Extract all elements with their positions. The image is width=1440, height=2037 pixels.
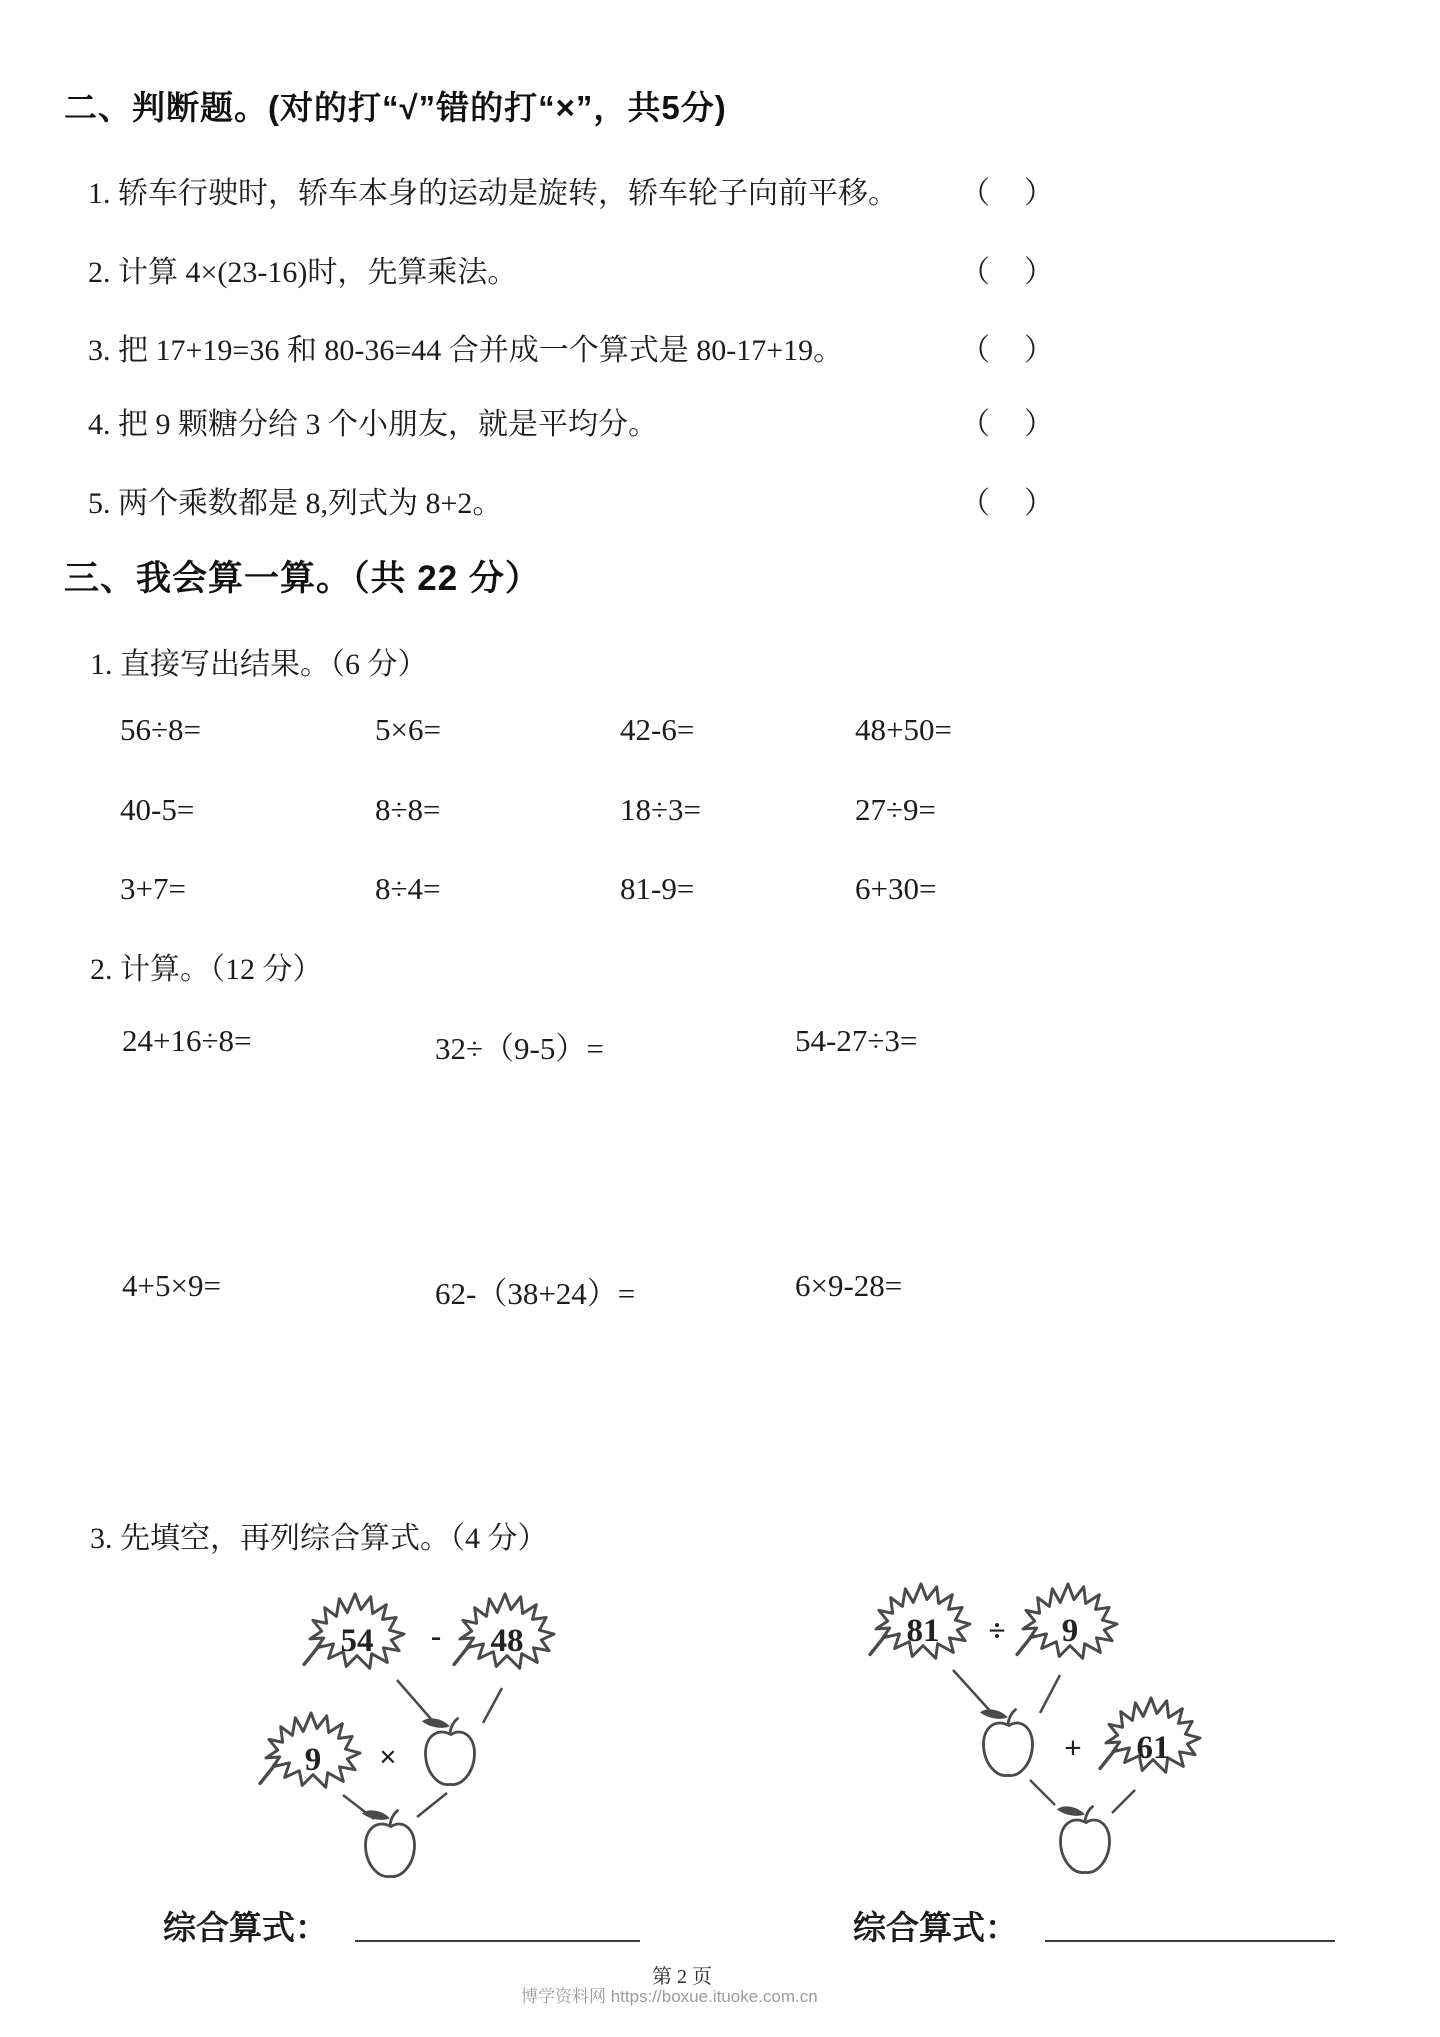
calc-item: 32÷（9-5）= bbox=[435, 1023, 604, 1068]
operator: × bbox=[379, 1739, 397, 1774]
answer-bracket: （ ） bbox=[960, 247, 1056, 291]
apple-blank-icon bbox=[1058, 1807, 1110, 1873]
connector-line bbox=[1040, 1675, 1060, 1713]
operator: ÷ bbox=[988, 1613, 1005, 1648]
calc-item: 81-9= bbox=[620, 871, 694, 907]
question-text: 5. 两个乘数都是 8,列式为 8+2。 bbox=[88, 487, 502, 520]
composite-expression-label: 综合算式： bbox=[853, 1902, 1018, 1949]
calc-item: 56÷8= bbox=[120, 712, 201, 748]
worksheet-page: 二、判断题。(对的打“√”错的打“×”，共5分) 1. 轿车行驶时，轿车本身的运… bbox=[0, 0, 1440, 2037]
leaf-number: 48 bbox=[491, 1623, 524, 1659]
calc-item: 62-（38+24）= bbox=[435, 1268, 635, 1313]
judgment-question-3: 3. 把 17+19=36 和 80-36=44 合并成一个算式是 80-17+… bbox=[88, 325, 1348, 369]
judgment-question-2: 2. 计算 4×(23-16)时，先算乘法。 （ ） bbox=[88, 247, 1348, 291]
right-fill-diagram: 81 ÷ 9 + 61 bbox=[640, 1560, 1220, 1900]
answer-bracket: （ ） bbox=[960, 325, 1056, 369]
question-text: 2. 计算 4×(23-16)时，先算乘法。 bbox=[88, 256, 517, 289]
leaf-number: 61 bbox=[1137, 1730, 1170, 1766]
apple-blank-icon bbox=[363, 1811, 415, 1877]
judgment-question-1: 1. 轿车行驶时，轿车本身的运动是旋转，轿车轮子向前平移。 （ ） bbox=[88, 168, 1348, 212]
left-fill-diagram: 54 - 48 9 × bbox=[150, 1560, 650, 1900]
leaf-number: 81 bbox=[907, 1613, 940, 1649]
connector-line bbox=[1112, 1790, 1135, 1813]
calc-item: 24+16÷8= bbox=[122, 1023, 251, 1059]
connector-line bbox=[953, 1670, 992, 1713]
leaf-number: 9 bbox=[305, 1742, 322, 1778]
question-text: 4. 把 9 颗糖分给 3 个小朋友，就是平均分。 bbox=[88, 408, 658, 441]
part3-title: 3. 先填空，再列综合算式。（4 分） bbox=[90, 1513, 548, 1557]
calc-item: 6×9-28= bbox=[795, 1268, 902, 1304]
answer-bracket: （ ） bbox=[960, 478, 1056, 522]
answer-bracket: （ ） bbox=[960, 399, 1056, 443]
leaf-number: 54 bbox=[341, 1623, 374, 1659]
connector-line bbox=[397, 1680, 431, 1719]
calc-item: 3+7= bbox=[120, 871, 186, 907]
calc-item: 5×6= bbox=[375, 712, 441, 748]
calc-item: 8÷8= bbox=[375, 792, 441, 828]
calc-item: 27÷9= bbox=[855, 792, 936, 828]
judgment-question-4: 4. 把 9 颗糖分给 3 个小朋友，就是平均分。 （ ） bbox=[88, 399, 1348, 443]
apple-blank-icon bbox=[423, 1719, 475, 1785]
apple-blank-icon bbox=[981, 1710, 1033, 1776]
section2-title: 二、判断题。(对的打“√”错的打“×”，共5分) bbox=[64, 82, 727, 129]
composite-expression-label: 综合算式： bbox=[163, 1902, 328, 1949]
connector-line bbox=[1030, 1780, 1055, 1805]
judgment-question-5: 5. 两个乘数都是 8,列式为 8+2。 （ ） bbox=[88, 478, 1348, 522]
calc-item: 54-27÷3= bbox=[795, 1023, 917, 1059]
calc-item: 40-5= bbox=[120, 792, 194, 828]
part1-title: 1. 直接写出结果。（6 分） bbox=[90, 639, 428, 683]
footer-watermark: 博学资料网 https://boxue.ituoke.com.cn bbox=[521, 1982, 818, 2007]
calc-item: 8÷4= bbox=[375, 871, 441, 907]
calc-item: 18÷3= bbox=[620, 792, 701, 828]
operator: + bbox=[1064, 1730, 1082, 1765]
question-text: 1. 轿车行驶时，轿车本身的运动是旋转，轿车轮子向前平移。 bbox=[88, 177, 898, 210]
connector-line bbox=[417, 1793, 447, 1817]
answer-bracket: （ ） bbox=[960, 168, 1056, 212]
connector-line bbox=[483, 1688, 502, 1723]
calc-item: 48+50= bbox=[855, 712, 952, 748]
leaf-number: 9 bbox=[1062, 1613, 1079, 1649]
calc-item: 4+5×9= bbox=[122, 1268, 221, 1304]
section3-title: 三、我会算一算。（共 22 分） bbox=[64, 551, 541, 601]
question-text: 3. 把 17+19=36 和 80-36=44 合并成一个算式是 80-17+… bbox=[88, 334, 843, 367]
operator: - bbox=[431, 1618, 441, 1653]
part2-title: 2. 计算。（12 分） bbox=[90, 944, 323, 988]
calc-item: 42-6= bbox=[620, 712, 694, 748]
answer-blank-line bbox=[1045, 1938, 1335, 1942]
answer-blank-line bbox=[355, 1938, 640, 1942]
calc-item: 6+30= bbox=[855, 871, 936, 907]
